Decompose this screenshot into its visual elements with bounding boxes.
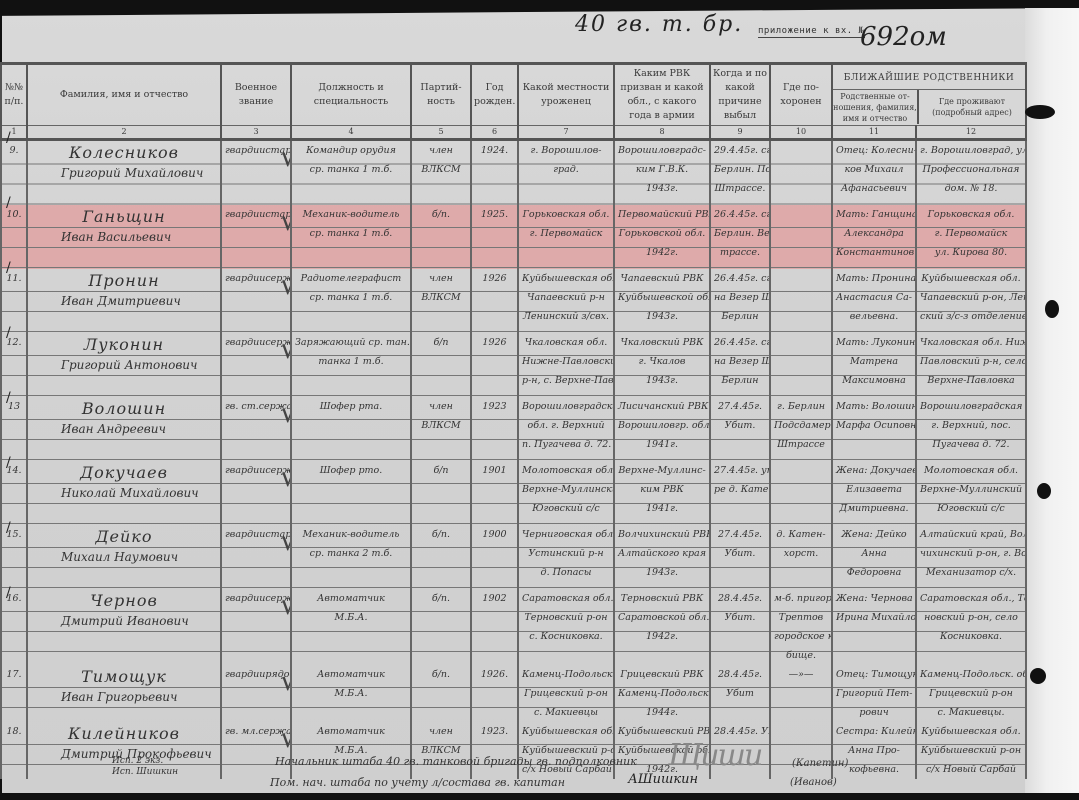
relative-address: Саратовская обл., Тер-новский р-он, село… [916,589,1026,665]
position-line: М.Б.А. [295,608,407,627]
military-rank-line: гв. мл. [225,726,258,737]
birth-year-value: 1924. [475,141,514,160]
birthplace-line: Горьковская обл. [522,205,610,224]
birthplace-line: Ленинский з/свх. [522,307,610,326]
draft-office-line: 1942г. [618,627,706,646]
given-name: Иван Васильевич [31,227,217,247]
relative-name-line: Мать: Луконина [836,333,912,352]
birthplace-line: Молотовская обл. [522,461,610,480]
birth-year: 1900 [471,525,518,589]
military-rank-line: гвардии [225,669,265,680]
military-rank-line: гвардии [225,145,265,156]
given-name: Дмитрий Иванович [31,611,217,631]
draft-office-line: Куйбышевской обл. [618,288,706,307]
date-and-cause: 27.4.45г.Убит. [710,525,770,589]
punch-hole [1045,300,1059,318]
party-membership-line: ВЛКСМ [415,416,467,435]
full-name: ТимощукИван Григорьевич [27,665,221,722]
position: АвтоматчикМ.Б.А. [291,589,411,665]
column-number-row: 1 2 3 4 5 6 7 8 9 10 11 12 [1,126,1026,140]
table-row: 13ВолошинИван Андреевичгв. ст.сержант√Шо… [1,397,1026,461]
position: Шофер рта. [291,397,411,461]
burial-place-line: бище. [774,646,828,665]
row-number: 18. [1,722,27,779]
birth-year-value: 1926 [475,269,514,288]
surname: Дейко [31,525,217,547]
relative-address-line: Пугачева д. 72. [920,435,1022,454]
position: Радиотелеграфистср. танка 1 т.б. [291,269,411,333]
party-membership: членВЛКСМ [411,722,471,779]
position: АвтоматчикМ.Б.А. [291,665,411,722]
brigade-note: 40 гв. т. бр. [575,12,743,37]
birthplace-line: Устинский р-н [522,544,610,563]
burial-place [770,205,832,269]
relative-name-line: Дмитриевна. [836,499,912,518]
position-line: Механик-водитель [295,525,407,544]
position-line: ср. танка 2 т.б. [295,544,407,563]
burial-place-line: Подсдамер [774,416,828,435]
col-num: 7 [518,126,614,140]
birthplace: Горьковская обл.г. Первомайск [518,205,614,269]
relative-name-line: Марфа Осиповна [836,416,912,435]
burial-place-line: хорст. [774,544,828,563]
birthplace-line: град. [522,160,610,179]
col-header-birth-year: Год рожден. [471,64,518,126]
birth-year-value: 1926. [475,665,514,684]
position-line: М.Б.А. [295,684,407,703]
relatives-group-title: БЛИЖАЙШИЕ РОДСТВЕННИКИ [833,67,1025,90]
date-and-cause-line: ре д. Катенхорст [714,480,766,499]
relative-address: Ворошиловградская обл.г. Верхний, пос.Пу… [916,397,1026,461]
checkmark-icon: √ [280,143,291,171]
relative-name: Жена: ЧерноваИрина Михайловна [832,589,916,665]
signer-name-chief: (Капетин) [792,758,848,769]
relative-address-line: г. Верхний, пос. [920,416,1022,435]
position-line: ср. танка 1 т.б. [295,160,407,179]
relative-name-line: Мать: Пронина [836,269,912,288]
birth-year-value: 1926 [475,333,514,352]
draft-office: Верхне-Муллинс-ким РВК1941г. [614,461,710,525]
birthplace-line: Саратовская обл. [522,589,610,608]
party-membership-line: член [415,269,467,288]
party-membership-line: б/п. [415,525,467,544]
military-rank-line: гв. ст. [225,401,259,412]
draft-office: Ворошиловградс-ким Г.В.К.1943г. [614,140,710,206]
position: Командир орудияср. танка 1 т.б. [291,140,411,206]
relative-address-line: Горьковская обл. [920,205,1022,224]
relative-name-line: Максимовна [836,371,912,390]
birthplace: г. Ворошилов-град. [518,140,614,206]
draft-office: Терновский РВКСаратовской обл.1942г. [614,589,710,665]
draft-office-line: 1943г. [618,179,706,198]
date-and-cause-line: 26.4.45г. сгорел в танке [714,269,766,288]
birthplace-line: Чкаловская обл. [522,333,610,352]
relative-name: Отец: ТимощукГригорий Пет-рович [832,665,916,722]
position-line: Заряжающий ср. тан. [295,333,407,352]
row-number: 15. [1,525,27,589]
relative-address-line: Куйбышевская обл. [920,722,1022,741]
position-line: ср. танка 1 т.б. [295,288,407,307]
draft-office: Волчихинский РВКАлтайского края1943г. [614,525,710,589]
position-line: Шофер рта. [295,397,407,416]
relative-name-line: Григорий Пет- [836,684,912,703]
date-and-cause-line: Убит. [714,416,766,435]
birthplace-line: Терновский р-он [522,608,610,627]
military-rank: гвардиисержант√ [221,269,291,333]
relative-address-line: новский р-он, село [920,608,1022,627]
draft-office-line: Волчихинский РВК [618,525,706,544]
position: Механик-водительср. танка 2 т.б. [291,525,411,589]
draft-office-line: 1943г. [618,371,706,390]
date-and-cause: 29.4.45г. сгорел в танкеБерлин. Подсдаме… [710,140,770,206]
date-and-cause-line: Берлин [714,307,766,326]
col-header-relatives-group: БЛИЖАЙШИЕ РОДСТВЕННИКИ Родственные от-но… [832,64,1026,126]
date-and-cause-line: 26.4.45г. сгорел в танке [714,205,766,224]
relative-address-line: Куйбышевская обл. [920,269,1022,288]
birthplace-line: Нижне-Павловский [522,352,610,371]
draft-office-line: Алтайского края [618,544,706,563]
row-number: 12. [1,333,27,397]
tick-mark-icon: / [6,585,11,601]
tick-mark-icon: / [6,260,11,276]
birthplace-line: Куйбышевская обл. [522,722,610,741]
given-name: Иван Дмитриевич [31,291,217,311]
relative-name: Сестра: КилейниковаАнна Про-кофьевна. [832,722,916,779]
relative-address-line: Косниковка. [920,627,1022,646]
relative-name-line: Отец: Колесни- [836,141,912,160]
relative-name-line: Анна [836,544,912,563]
military-rank-line: гвардии [225,593,265,604]
position: Шофер рто. [291,461,411,525]
position: АвтоматчикМ.Б.А. [291,722,411,779]
burial-place-line: м-б. пригород [774,589,828,608]
date-and-cause-line: на Везер Штрассе [714,352,766,371]
draft-office-line: Ворошиловградс- [618,141,706,160]
col-num: 12 [916,126,1026,140]
date-and-cause-line: Убит [714,684,766,703]
header-row: №№ п/п. Фамилия, имя и отчество Военное … [1,64,1026,126]
row-number: 16. [1,589,27,665]
table-row: 12.ЛуконинГригорий Антоновичгвардиисержа… [1,333,1026,397]
relative-address-line: ский з/с-з отделение [920,307,1022,326]
birthplace-line: Ворошиловградская [522,397,610,416]
date-and-cause-line: на Везер Штрассе [714,288,766,307]
birthplace-line: Верхне-Муллинский р-н [522,480,610,499]
date-and-cause: 26.4.45г. сгорел в танкена Везер Штрассе… [710,269,770,333]
scan-border-bottom [0,793,1079,800]
full-name: ДокучаевНиколай Михайлович [27,461,221,525]
date-and-cause: 26.4.45г. сгорел в танкеБерлин. Везер Ш-… [710,205,770,269]
draft-office-line: Горьковской обл. [618,224,706,243]
col-num: 2 [27,126,221,140]
military-rank: гвардиисержант√ [221,461,291,525]
col-header-relative-name: Родственные от-ношения, фамилия, имя и о… [833,90,919,124]
full-name: ПронинИван Дмитриевич [27,269,221,333]
table-row: 10.ГаньщинИван Васильевичгвардиистаршина… [1,205,1026,269]
burial-place-line: городское клад- [774,627,828,646]
col-num: 6 [471,126,518,140]
relative-name-line: Мать: Волошина [836,397,912,416]
party-membership-line: б/п. [415,205,467,224]
archive-stamp: приложение к вх. № [758,26,865,38]
relative-address-line: с. Макиевцы. [920,703,1022,722]
executor: Исп. Шишкин [112,767,178,778]
military-rank: гвардиистаршина√ [221,140,291,206]
burial-place: —»— [770,665,832,722]
relative-name: Мать: ВолошинаМарфа Осиповна [832,397,916,461]
military-rank-line: гвардии [225,273,265,284]
col-header-address: Где проживают (подробный адрес) [919,90,1025,124]
col-num: 1 [1,126,27,140]
checkmark-icon: √ [280,724,291,752]
draft-office: Грицевский РВККаменц-Подольск. обл.1944г… [614,665,710,722]
tick-mark-icon: / [6,455,11,471]
burial-place [770,461,832,525]
checkmark-icon: √ [280,271,291,299]
relative-address-line: Чкаловская обл. Нижне- [920,333,1022,352]
surname: Волошин [31,397,217,419]
relative-address-line: дом. № 18. [920,179,1022,198]
date-and-cause-line: трассе. [714,243,766,262]
relative-name: Жена: ДокучаеваЕлизаветаДмитриевна. [832,461,916,525]
draft-office: Чкаловский РВКг. Чкалов1943г. [614,333,710,397]
full-name: КолесниковГригорий Михайлович [27,140,221,206]
given-name: Иван Григорьевич [31,687,217,707]
party-membership: членВЛКСМ [411,140,471,206]
draft-office-line: ким РВК [618,480,706,499]
relative-name: Отец: Колесни-ков МихаилАфанасьевич [832,140,916,206]
row-number: 9. [1,140,27,206]
relative-name-line: Отец: Тимощук [836,665,912,684]
checkmark-icon: √ [280,591,291,619]
relative-address-line: Грицевский р-он [920,684,1022,703]
military-rank: гвардиисержант√ [221,589,291,665]
col-header-number: №№ п/п. [1,64,27,126]
military-rank-line: гвардии [225,337,265,348]
party-membership-line: ВЛКСМ [415,160,467,179]
given-name: Николай Михайлович [31,483,217,503]
relative-name-line: Федоровна [836,563,912,582]
burial-place [770,333,832,397]
relative-address: г. Ворошиловград, ул.Профессиональнаядом… [916,140,1026,206]
position: Заряжающий ср. тан.танка 1 т.б. [291,333,411,397]
party-membership-line: член [415,722,467,741]
col-num: 4 [291,126,411,140]
military-rank: гвардиистаршина√ [221,525,291,589]
draft-office-line: Лисичанский РВК [618,397,706,416]
date-and-cause: 26.4.45г. сгорел в танкена Везер Штрассе… [710,333,770,397]
col-num: 5 [411,126,471,140]
relative-address-line: Профессиональная [920,160,1022,179]
birthplace: Саратовская обл.Терновский р-онс. Косник… [518,589,614,665]
relative-address-line: г. Первомайск [920,224,1022,243]
position-line: ср. танка 1 т.б. [295,224,407,243]
birthplace-line: г. Первомайск [522,224,610,243]
relative-address: Горьковская обл.г. Первомайскул. Кирова … [916,205,1026,269]
tick-mark-icon: / [6,390,11,406]
col-num: 10 [770,126,832,140]
surname: Пронин [31,269,217,291]
date-and-cause: 27.4.45г. утонул в озе-ре д. Катенхорст [710,461,770,525]
draft-office-line: Чкаловский РВК [618,333,706,352]
birth-year: 1926 [471,269,518,333]
date-and-cause: 28.4.45г.Убит [710,665,770,722]
draft-office-line: Саратовской обл. [618,608,706,627]
party-membership: б/п. [411,205,471,269]
birthplace-line: Черниговская обл. [522,525,610,544]
position-line: Автоматчик [295,589,407,608]
birthplace-line: Юговский с/с [522,499,610,518]
relative-name-line: Сестра: Килейникова [836,722,912,741]
full-name: ВолошинИван Андреевич [27,397,221,461]
signature-assistant: АШишкин [628,772,698,787]
party-membership: членВЛКСМ [411,269,471,333]
relative-address-line: с/х Новый Сарбай [920,760,1022,779]
surname: Тимощук [31,665,217,687]
col-header-full-name: Фамилия, имя и отчество [27,64,221,126]
birth-year-value: 1902 [475,589,514,608]
relative-name-line: вельевна. [836,307,912,326]
birthplace: Молотовская обл.Верхне-Муллинский р-нЮго… [518,461,614,525]
relative-address-line: Павловский р-н, село [920,352,1022,371]
date-and-cause-line: Берлин. Везер Ш- [714,224,766,243]
relative-address-line: Саратовская обл., Тер- [920,589,1022,608]
col-header-birthplace: Какой местности уроженец [518,64,614,126]
checkmark-icon: √ [280,399,291,427]
tick-mark-icon: / [6,325,11,341]
relative-name: Мать: ПронинаАнастасия Са-вельевна. [832,269,916,333]
birthplace-line: Грицевский р-он [522,684,610,703]
draft-office-line: Ворошиловгр. обл. [618,416,706,435]
col-num: 8 [614,126,710,140]
burial-place [770,140,832,206]
draft-office: Лисичанский РВКВорошиловгр. обл.1941г. [614,397,710,461]
draft-office-line: Грицевский РВК [618,665,706,684]
birthplace-line: с. Косниковка. [522,627,610,646]
date-and-cause-line: Берлин [714,371,766,390]
military-rank-line: гвардии [225,465,265,476]
burial-place [770,722,832,779]
copy-count: Исп. 2 экз. [112,756,178,767]
birth-year-value: 1900 [475,525,514,544]
date-and-cause-line: 27.4.45г. [714,397,766,416]
position-line: Радиотелеграфист [295,269,407,288]
archive-stamp-number: 692ом [860,22,947,52]
checkmark-icon: √ [280,463,291,491]
birthplace-line: с. Макиевцы [522,703,610,722]
position-line: танка 1 т.б. [295,352,407,371]
relative-address: Куйбышевская обл.Куйбышевский р-онс/х Но… [916,722,1026,779]
date-and-cause-line: Штрассе. [714,179,766,198]
relative-address-line: г. Ворошиловград, ул. [920,141,1022,160]
birth-year-value: 1923 [475,397,514,416]
relative-name-line: Анастасия Са- [836,288,912,307]
checkmark-icon: √ [280,207,291,235]
date-and-cause-line: Берлин. Подсдамер [714,160,766,179]
date-and-cause-line: 29.4.45г. сгорел в танке [714,141,766,160]
burial-place [770,269,832,333]
full-name: ГаньщинИван Васильевич [27,205,221,269]
burial-place-line: Трептов [774,608,828,627]
birthplace-line: Чапаевский р-н [522,288,610,307]
position-line: Автоматчик [295,665,407,684]
relative-address-line: Механизатор с/х. [920,563,1022,582]
surname: Луконин [31,333,217,355]
position-line: Командир орудия [295,141,407,160]
col-header-burial: Где по-хоронен [770,64,832,126]
relative-address-line: Куйбышевский р-он [920,741,1022,760]
relative-address: Куйбышевская обл.Чапаевский р-он, Ленин-… [916,269,1026,333]
full-name: ЧерновДмитрий Иванович [27,589,221,665]
relative-address: Каменц-Подольск. обл.Грицевский р-онс. М… [916,665,1026,722]
relative-name-line: Константиновна [836,243,912,262]
row-number: 10. [1,205,27,269]
draft-office-line: ким Г.В.К. [618,160,706,179]
party-membership-line: б/п. [415,665,467,684]
draft-office-line: 1941г. [618,499,706,518]
col-num: 11 [832,126,916,140]
birthplace: Чкаловская обл.Нижне-Павловскийр-н, с. В… [518,333,614,397]
birthplace-line: г. Ворошилов- [522,141,610,160]
given-name: Иван Андреевич [31,419,217,439]
burial-place: г. БерлинПодсдамерШтрассе [770,397,832,461]
table-row: 14.ДокучаевНиколай Михайловичгвардиисерж… [1,461,1026,525]
row-number: 14. [1,461,27,525]
birth-year-value: 1901 [475,461,514,480]
military-rank: гв. ст.сержант√ [221,397,291,461]
col-num: 3 [221,126,291,140]
burial-place-line: д. Катен- [774,525,828,544]
relative-name-line: Александра [836,224,912,243]
table-row: 16.ЧерновДмитрий Ивановичгвардиисержант√… [1,589,1026,665]
assistant-chief-line: Пом. нач. штаба по учету л/состава гв. к… [270,776,565,789]
military-rank-line: гвардии [225,529,265,540]
party-membership-line: б/п. [415,589,467,608]
col-header-party: Партий-ность [411,64,471,126]
losses-register-table: №№ п/п. Фамилия, имя и отчество Военное … [0,62,1027,779]
signer-name-assistant: (Иванов) [790,777,837,788]
relative-name-line: Ирина Михайловна [836,608,912,627]
punch-hole [1025,105,1055,119]
birthplace: Каменц-Подольск. обл.Грицевский р-онс. М… [518,665,614,722]
relative-address-line: Ворошиловградская обл. [920,397,1022,416]
military-rank-line: гвардии [225,209,265,220]
burial-place-line: —»— [774,665,828,684]
relative-name-line: Мать: Ганщина [836,205,912,224]
surname: Ганьщин [31,205,217,227]
draft-office-line: г. Чкалов [618,352,706,371]
relative-address: Молотовская обл.Верхне-Муллинский рЮговс… [916,461,1026,525]
date-and-cause-line: 28.4.45г. [714,589,766,608]
relative-address-line: Алтайский край, Вол- [920,525,1022,544]
relative-address-line: Верхне-Павловка [920,371,1022,390]
surname: Чернов [31,589,217,611]
burial-place: м-б. пригородТрептовгородское клад-бище. [770,589,832,665]
birth-year: 1923. [471,722,518,779]
col-num: 9 [710,126,770,140]
col-header-position: Должность и специальность [291,64,411,126]
birthplace: Ворошиловградскаяобл. г. Верхнийп. Пугач… [518,397,614,461]
party-membership: б/п [411,333,471,397]
party-membership-line: член [415,141,467,160]
draft-office-line: Каменц-Подольск. обл. [618,684,706,703]
punch-hole [1030,668,1046,684]
relative-address-line: Верхне-Муллинский р [920,480,1022,499]
given-name: Григорий Антонович [31,355,217,375]
party-membership: б/п. [411,589,471,665]
burial-place-line: г. Берлин [774,397,828,416]
birthplace-line: Каменц-Подольск. обл. [522,665,610,684]
